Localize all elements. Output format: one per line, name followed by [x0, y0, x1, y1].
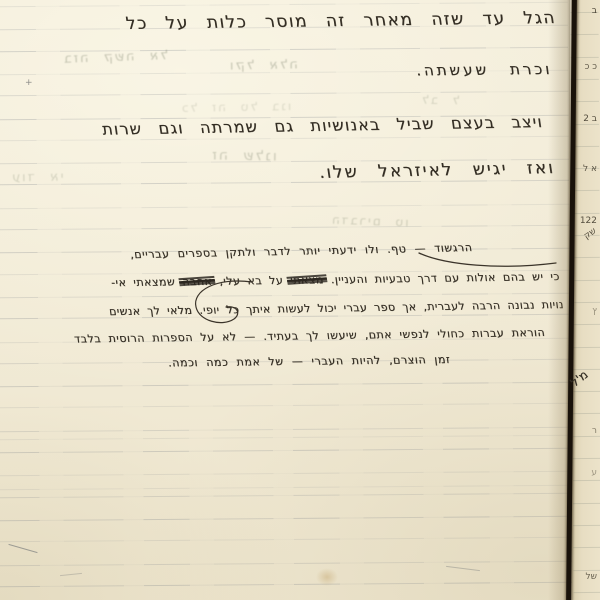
- rule-line: [0, 203, 569, 209]
- edge-fragment: ב 2: [583, 114, 597, 124]
- rule-line: [0, 382, 571, 388]
- rule-line: [573, 480, 600, 481]
- edge-fragment: ע: [591, 468, 597, 478]
- rule-line: [0, 448, 571, 454]
- ghost-bleed-line: עוד אי: [10, 170, 64, 186]
- edge-fragment: ץ: [592, 306, 597, 316]
- rule-line: [0, 91, 568, 97]
- edge-fragment: ר: [592, 426, 597, 436]
- rule-line: [572, 369, 600, 370]
- rule-line: [0, 560, 572, 566]
- rule-line: [0, 426, 571, 432]
- rule-line: [0, 485, 571, 491]
- struck-out-word: מצאתי: [290, 273, 325, 286]
- rule-line: [572, 346, 600, 347]
- adjacent-page-edge: בכ כב 2א ל122שקץרעשל: [572, 0, 600, 600]
- paper-stain: [316, 568, 338, 586]
- rule-line: [573, 569, 600, 570]
- rule-line: [0, 403, 571, 409]
- rule-line: [0, 582, 572, 588]
- ghost-bleed-line: כל זה טל בנו: [180, 99, 291, 115]
- rule-line: [0, 435, 571, 441]
- rule-line: [572, 391, 600, 392]
- rule-line: [0, 537, 572, 543]
- rule-line: [573, 458, 600, 459]
- rule-line: [572, 302, 600, 303]
- handwriting-line-2: וכרת שעשתה.: [415, 60, 554, 79]
- rule-line: [573, 547, 600, 548]
- edge-fragment: כ כ: [585, 62, 597, 72]
- ghost-bleed-line: וקל אלה: [228, 57, 298, 73]
- rule-line: [574, 592, 600, 593]
- rule-line: [572, 257, 600, 258]
- manuscript-page: בזה קשה אלוקל אלהלב לכל זה טל בנוזה שלנו…: [0, 0, 600, 600]
- ghost-bleed-line: זה שלנו: [210, 147, 277, 164]
- rule-line: [571, 190, 599, 191]
- rule-line: [0, 225, 569, 231]
- rule-line: [0, 180, 569, 186]
- edge-fragment: של: [586, 572, 598, 582]
- rule-line: [572, 213, 600, 214]
- ghost-bleed-line: הדברים טו: [330, 213, 409, 230]
- edge-fragment: 122: [580, 216, 597, 226]
- rule-line: [0, 136, 569, 142]
- rule-line: [572, 324, 600, 325]
- rule-line: [0, 516, 572, 522]
- margin-cross-mark: +: [25, 78, 33, 88]
- rule-line: [573, 413, 600, 414]
- edge-fragment: ב: [592, 6, 597, 16]
- rule-line: [0, 492, 572, 498]
- rule-line: [0, 2, 568, 8]
- rule-line: [572, 280, 600, 281]
- rule-line: [0, 293, 570, 299]
- rule-line: [0, 471, 571, 477]
- rule-line: [573, 503, 600, 504]
- rule-line: [573, 525, 600, 526]
- paragraph-2-segment-c: שמצאתי אי-: [111, 275, 177, 289]
- edge-fragment: א ל: [583, 164, 597, 174]
- ghost-bleed-line: לב ל: [420, 93, 460, 108]
